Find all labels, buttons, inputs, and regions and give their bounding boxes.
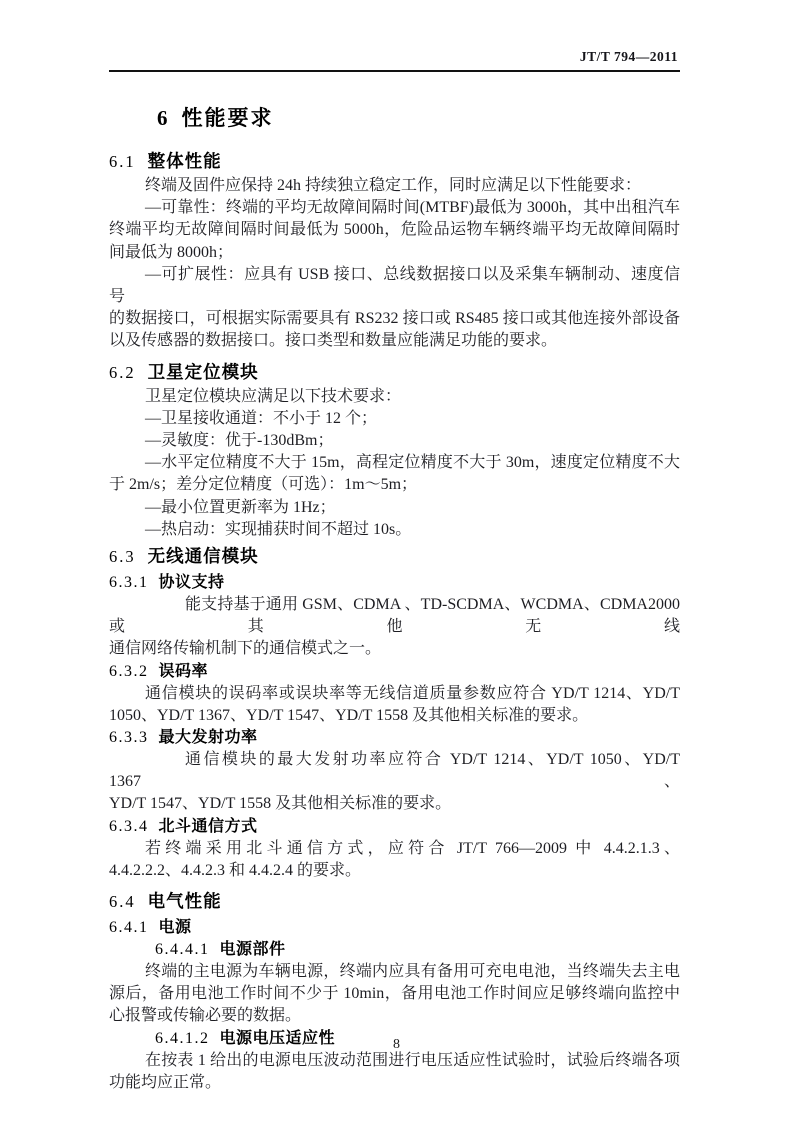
paragraph-line: —可扩展性：应具有 USB 接口、总线数据接口以及采集车辆制动、速度信号 (109, 264, 680, 308)
paragraph-line: 终端平均无故障间隔时间最低为 5000h，危险品运物车辆终端平均无故障间隔时 (109, 219, 680, 241)
paragraph-line: 心报警或传输必要的数据。 (109, 1005, 680, 1027)
subsection-number: 6.4.1 (109, 919, 149, 936)
paragraph-line: 通信模块的最大发射功率应符合 YD/T 1214、YD/T 1050、YD/T … (109, 749, 680, 793)
section-heading-6-2: 6.2卫星定位模块 (109, 359, 680, 386)
section-heading-6-1: 6.1整体性能 (109, 148, 680, 175)
subsection-heading-6-3-3: 6.3.3最大发射功率 (109, 727, 680, 749)
list-item-line: —灵敏度：优于-130dBm； (109, 430, 680, 452)
paragraph-line: —可靠性：终端的平均无故障间隔时间(MTBF)最低为 3000h，其中出租汽车 (109, 197, 680, 219)
header-rule (109, 70, 680, 72)
subsection-title: 北斗通信方式 (159, 818, 258, 835)
list-item-line: —最小位置更新率为 1Hz； (109, 497, 680, 519)
section-title: 整体性能 (148, 151, 222, 171)
section-heading-6-3: 6.3无线通信模块 (109, 543, 680, 570)
section-heading-6-4: 6.4电气性能 (109, 888, 680, 915)
section-number: 6.2 (109, 363, 136, 382)
subsection-heading-6-3-1: 6.3.1协议支持 (109, 572, 680, 594)
paragraph-line: 4.4.2.2.2、4.4.2.3 和 4.4.2.4 的要求。 (109, 860, 680, 882)
paragraph-line: 在按表 1 给出的电源电压波动范围进行电压适应性试验时，试验后终端各项 (109, 1050, 680, 1072)
subsection-number: 6.4.4.1 (155, 941, 210, 958)
paragraph-line: 以及传感器的数据接口。接口类型和数量应能满足功能的要求。 (109, 330, 680, 352)
paragraph-line: 功能均应正常。 (109, 1072, 680, 1094)
paragraph-line: 终端的主电源为车辆电源，终端内应具有备用可充电电池，当终端失去主电 (109, 961, 680, 983)
subsection-title: 协议支持 (159, 574, 225, 591)
subsection-number: 6.3.4 (109, 818, 149, 835)
subsection-heading-6-3-2: 6.3.2误码率 (109, 661, 680, 683)
document-page: JT/T 794—2011 6性能要求 6.1整体性能 终端及固件应保持 24h… (0, 0, 793, 1123)
chapter-heading: 6性能要求 (157, 104, 680, 132)
list-item-line: 于 2m/s；差分定位精度（可选）：1m～5m； (109, 474, 680, 496)
section-title: 无线通信模块 (148, 546, 259, 566)
subsection-title: 误码率 (159, 663, 209, 680)
paragraph-line: 通信网络传输机制下的通信模式之一。 (109, 638, 680, 660)
subsection-heading-6-3-4: 6.3.4北斗通信方式 (109, 816, 680, 838)
section-number: 6.1 (109, 152, 136, 171)
paragraph-line: 的数据接口，可根据实际需要具有 RS232 接口或 RS485 接口或其他连接外… (109, 308, 680, 330)
subsection-title: 最大发射功率 (159, 729, 258, 746)
paragraph-line: 卫星定位模块应满足以下技术要求： (109, 386, 680, 408)
section-title: 卫星定位模块 (148, 362, 259, 382)
chapter-number: 6 (157, 106, 168, 130)
subsection-heading-6-4-4-1: 6.4.4.1电源部件 (155, 939, 680, 961)
list-item-line: —水平定位精度不大于 15m，高程定位精度不大于 30m，速度定位精度不大 (109, 452, 680, 474)
subsection-title: 电源 (159, 919, 192, 936)
list-item-line: —卫星接收通道：不小于 12 个； (109, 408, 680, 430)
paragraph-line: 间最低为 8000h； (109, 242, 680, 264)
chapter-title: 性能要求 (182, 106, 274, 130)
paragraph-line: 能支持基于通用 GSM、CDMA 、TD-SCDMA、WCDMA、CDMA200… (109, 594, 680, 638)
list-item-line: —热启动：实现捕获时间不超过 10s。 (109, 519, 680, 541)
paragraph-line: 源后，备用电池工作时间不少于 10min，备用电池工作时间应足够终端向监控中 (109, 983, 680, 1005)
section-number: 6.3 (109, 547, 136, 566)
section-title: 电气性能 (148, 891, 222, 911)
subsection-title: 电源部件 (220, 941, 286, 958)
paragraph-line: 若终端采用北斗通信方式，应符合 JT/T 766—2009 中 4.4.2.1.… (109, 838, 680, 860)
page-number: 8 (0, 1037, 793, 1053)
paragraph-line: 1050、YD/T 1367、YD/T 1547、YD/T 1558 及其他相关… (109, 705, 680, 727)
paragraph-line: 终端及固件应保持 24h 持续独立稳定工作，同时应满足以下性能要求： (109, 175, 680, 197)
page-content: 6性能要求 6.1整体性能 终端及固件应保持 24h 持续独立稳定工作，同时应满… (109, 96, 680, 1094)
subsection-number: 6.3.3 (109, 729, 149, 746)
doc-number: JT/T 794—2011 (580, 49, 678, 64)
page-header: JT/T 794—2011 (109, 49, 678, 65)
subsection-heading-6-4-1: 6.4.1电源 (109, 917, 680, 939)
paragraph-line: YD/T 1547、YD/T 1558 及其他相关标准的要求。 (109, 793, 680, 815)
paragraph-line: 通信模块的误码率或误块率等无线信道质量参数应符合 YD/T 1214、YD/T (109, 683, 680, 705)
subsection-number: 6.3.1 (109, 574, 149, 591)
subsection-number: 6.3.2 (109, 663, 149, 680)
section-number: 6.4 (109, 892, 136, 911)
